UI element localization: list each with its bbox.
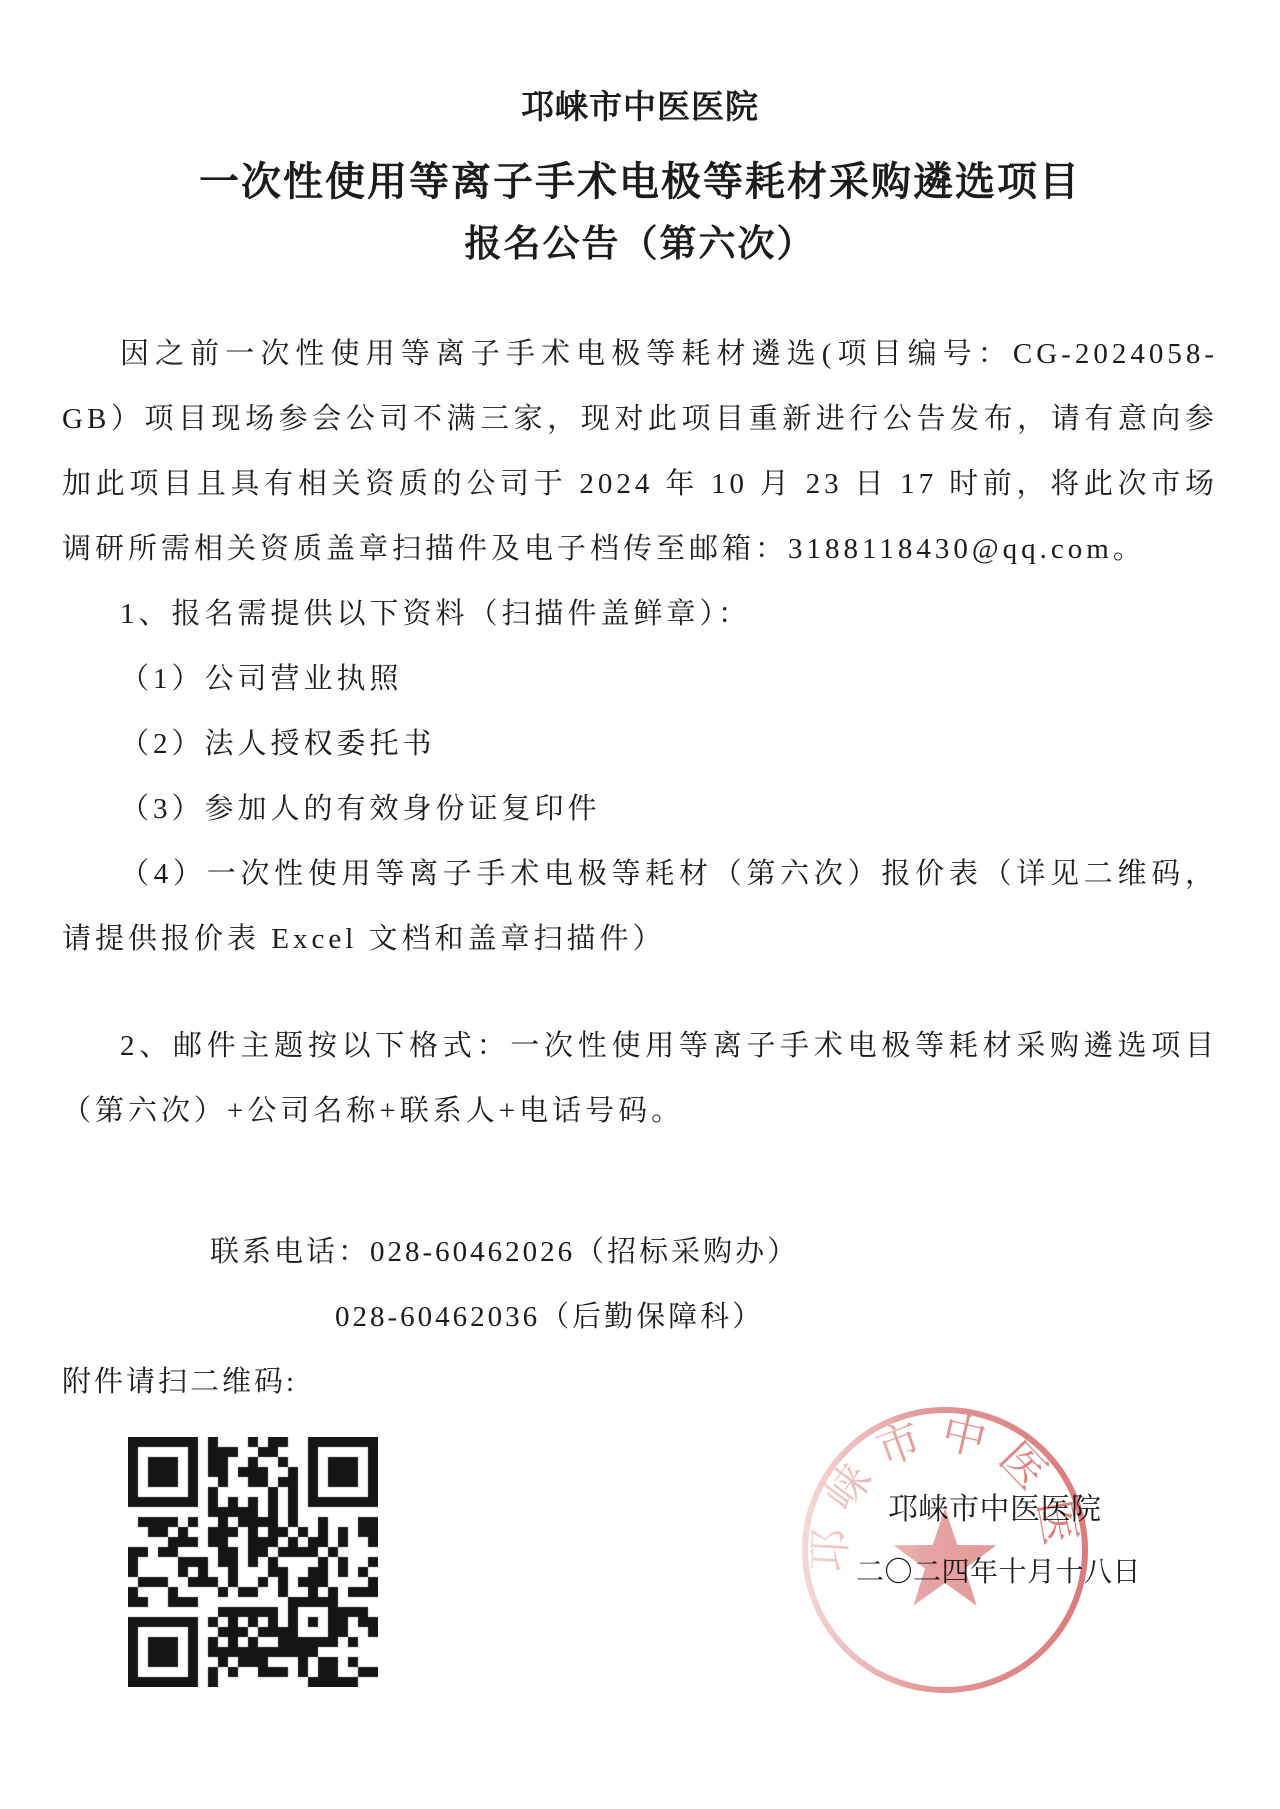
- announcement-title: 报名公告（第六次）: [62, 222, 1218, 268]
- contact-phone-1: 联系电话：028-60462026（招标采购办）: [62, 1220, 1218, 1285]
- list-item-2: 2、邮件主题按以下格式：一次性使用等离子手术电极等耗材采购遴选项目（第六次）+公…: [62, 1014, 1218, 1144]
- list-item-1: 1、报名需提供以下资料（扫描件盖鲜章）：: [62, 582, 1218, 647]
- signature-date: 二〇二四年十月十八日: [856, 1550, 1141, 1590]
- list-item-1-2: （2）法人授权委托书: [62, 712, 1218, 777]
- intro-paragraph: 因之前一次性使用等离子手术电极等耗材遴选(项目编号：CG-2024058-GB）…: [62, 322, 1218, 582]
- document-page: 邛崃市中医医院 一次性使用等离子手术电极等耗材采购遴选项目 报名公告（第六次） …: [0, 0, 1280, 1809]
- list-item-1-3: （3）参加人的有效身份证复印件: [62, 777, 1218, 842]
- project-title: 一次性使用等离子手术电极等耗材采购遴选项目: [62, 158, 1218, 206]
- qr-code-block: [128, 1437, 378, 1687]
- hospital-title: 邛崃市中医医院: [62, 88, 1218, 128]
- document-content: 邛崃市中医医院 一次性使用等离子手术电极等耗材采购遴选项目 报名公告（第六次） …: [0, 0, 1280, 1809]
- list-item-1-1: （1）公司营业执照: [62, 647, 1218, 712]
- list-item-1-4: （4）一次性使用等离子手术电极等耗材（第六次）报价表（详见二维码，请提供报价表 …: [62, 842, 1218, 972]
- signature-organization: 邛崃市中医医院: [888, 1484, 1102, 1528]
- contact-phone-2: 028-60462036（后勤保障科）: [62, 1285, 1218, 1350]
- attachment-note: 附件请扫二维码:: [62, 1350, 1218, 1415]
- attachment-qr-code: [128, 1437, 378, 1687]
